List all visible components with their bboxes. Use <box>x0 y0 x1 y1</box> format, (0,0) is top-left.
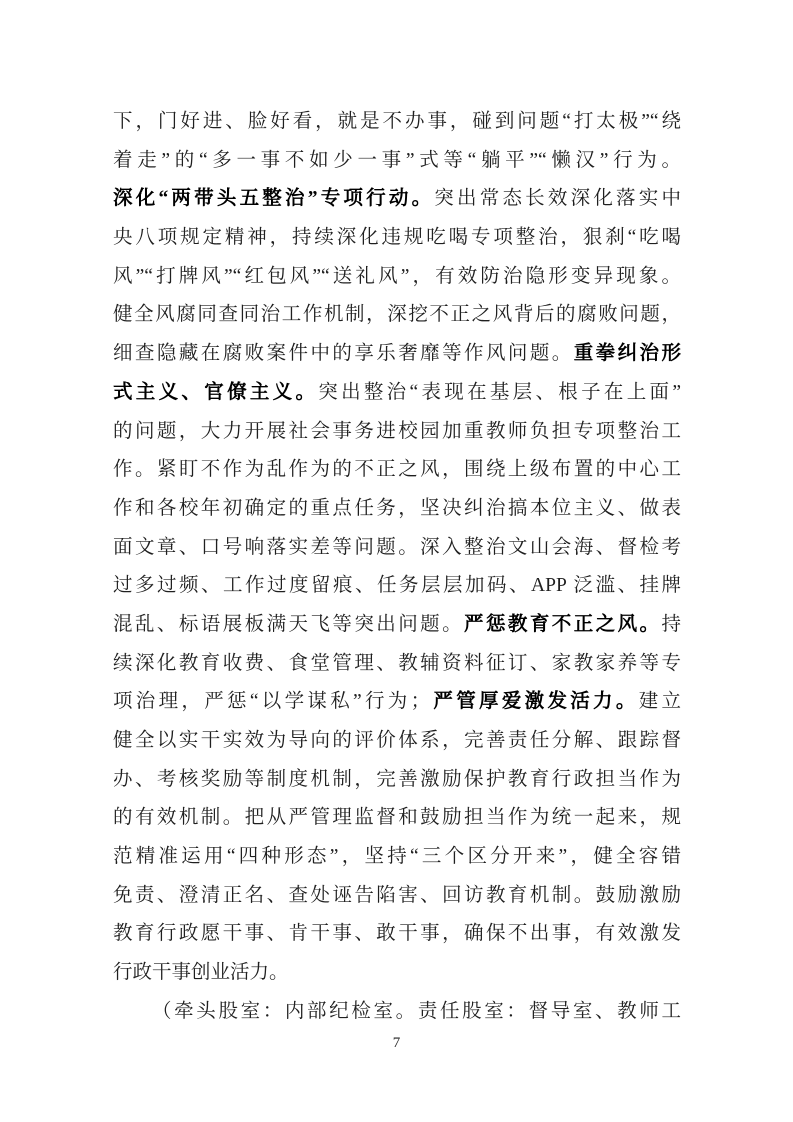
text-line: 混乱、标语展板满天飞等突出问题。严惩教育不正之风。持 <box>113 606 681 645</box>
text-run: 行政干事创业活力。 <box>113 962 289 983</box>
text-run: 作。紧盯不作为乱作为的不正之风，围绕上级布置的中心工 <box>113 459 681 480</box>
text-run: 着走”的“多一事不如少一事”式等“躺平”“懒汉”行为。 <box>113 150 681 171</box>
text-run: 教育行政愿干事、肯干事、敢干事，确保不出事，有效激发 <box>113 923 681 944</box>
text-line: 央八项规定精神，持续深化违规吃喝专项整治，狠刹“吃喝 <box>113 219 681 258</box>
text-run: 式主义、官僚主义。 <box>113 382 318 403</box>
text-line: 教育行政愿干事、肯干事、敢干事，确保不出事，有效激发 <box>113 915 681 954</box>
text-line: 过多过频、工作过度留痕、任务层层加码、APP 泛滥、挂牌 <box>113 567 681 606</box>
text-run: 续深化教育收费、食堂管理、教辅资料征订、家教家养等专 <box>113 653 681 674</box>
text-run: 严管厚爱激发活力。 <box>430 691 639 712</box>
text-run: 范精准运用“四种形态”，坚持“三个区分开来”，健全容错 <box>113 846 681 867</box>
text-run: 的问题，大力开展社会事务进校园加重教师负担专项整治工 <box>113 421 681 442</box>
text-line: 续深化教育收费、食堂管理、教辅资料征订、家教家养等专 <box>113 645 681 684</box>
text-block: 下，门好进、脸好看，就是不办事，碰到问题“打太极”“绕着走”的“多一事不如少一事… <box>113 103 681 1032</box>
text-run: 健全以实干实效为导向的评价体系，完善责任分解、跟踪督 <box>113 730 681 751</box>
text-run: 深化“两带头五整治”专项行动。 <box>113 188 434 209</box>
page-number: 7 <box>393 1035 401 1052</box>
text-line: 的有效机制。把从严管理监督和鼓励担当作为统一起来，规 <box>113 799 681 838</box>
text-run: 作和各校年初确定的重点任务，坚决纠治搞本位主义、做表 <box>113 498 681 519</box>
text-line: 细查隐藏在腐败案件中的享乐奢靡等作风问题。重拳纠治形 <box>113 335 681 374</box>
text-line: 免责、澄清正名、查处诬告陷害、回访教育机制。鼓励激励 <box>113 877 681 916</box>
text-line: 下，门好进、脸好看，就是不办事，碰到问题“打太极”“绕 <box>113 103 681 142</box>
text-run: （牵头股室：内部纪检室。责任股室：督导室、教师工 <box>152 1001 681 1022</box>
text-run: 重拳纠治形 <box>574 343 681 364</box>
text-line: 深化“两带头五整治”专项行动。突出常态长效深化落实中 <box>113 180 681 219</box>
text-line: 健全以实干实效为导向的评价体系，完善责任分解、跟踪督 <box>113 722 681 761</box>
text-run: 突出常态长效深化落实中 <box>434 188 681 209</box>
text-run: 混乱、标语展板满天飞等突出问题。 <box>113 614 464 635</box>
text-line: 式主义、官僚主义。突出整治“表现在基层、根子在上面” <box>113 374 681 413</box>
text-run: 免责、澄清正名、查处诬告陷害、回访教育机制。鼓励激励 <box>113 885 681 906</box>
text-line: 着走”的“多一事不如少一事”式等“躺平”“懒汉”行为。 <box>113 142 681 181</box>
text-line: 范精准运用“四种形态”，坚持“三个区分开来”，健全容错 <box>113 838 681 877</box>
text-line: 面文章、口号响落实差等问题。深入整治文山会海、督检考 <box>113 529 681 568</box>
page-footer: 7 <box>0 1034 793 1052</box>
text-run: 下，门好进、脸好看，就是不办事，碰到问题“打太极”“绕 <box>113 111 681 132</box>
text-run: 细查隐藏在腐败案件中的享乐奢靡等作风问题。 <box>113 343 574 364</box>
text-run: 持 <box>661 614 681 635</box>
text-line: 风”“打牌风”“红包风”“送礼风”，有效防治隐形变异现象。 <box>113 258 681 297</box>
text-run: 面文章、口号响落实差等问题。深入整治文山会海、督检考 <box>113 537 681 558</box>
text-run: 建立 <box>639 691 681 712</box>
text-line: 作。紧盯不作为乱作为的不正之风，围绕上级布置的中心工 <box>113 451 681 490</box>
text-run: 项治理，严惩“以学谋私”行为； <box>113 691 430 712</box>
text-line: 项治理，严惩“以学谋私”行为；严管厚爱激发活力。建立 <box>113 683 681 722</box>
text-line: 作和各校年初确定的重点任务，坚决纠治搞本位主义、做表 <box>113 490 681 529</box>
text-line: （牵头股室：内部纪检室。责任股室：督导室、教师工 <box>113 993 681 1032</box>
text-run: 风”“打牌风”“红包风”“送礼风”，有效防治隐形变异现象。 <box>113 266 681 287</box>
text-run: 的有效机制。把从严管理监督和鼓励担当作为统一起来，规 <box>113 807 681 828</box>
text-run: 突出整治“表现在基层、根子在上面” <box>318 382 681 403</box>
text-line: 健全风腐同查同治工作机制，深挖不正之风背后的腐败问题， <box>113 296 681 335</box>
text-run: 过多过频、工作过度留痕、任务层层加码、APP 泛滥、挂牌 <box>113 575 681 596</box>
text-line: 办、考核奖励等制度机制，完善激励保护教育行政担当作为 <box>113 761 681 800</box>
text-run: 央八项规定精神，持续深化违规吃喝专项整治，狠刹“吃喝 <box>113 227 681 248</box>
text-line: 的问题，大力开展社会事务进校园加重教师负担专项整治工 <box>113 413 681 452</box>
text-run: 严惩教育不正之风。 <box>464 614 661 635</box>
text-line: 行政干事创业活力。 <box>113 954 681 993</box>
text-run: 健全风腐同查同治工作机制，深挖不正之风背后的腐败问题， <box>113 304 681 325</box>
document-page: 下，门好进、脸好看，就是不办事，碰到问题“打太极”“绕着走”的“多一事不如少一事… <box>0 0 793 1122</box>
text-run: 办、考核奖励等制度机制，完善激励保护教育行政担当作为 <box>113 769 681 790</box>
